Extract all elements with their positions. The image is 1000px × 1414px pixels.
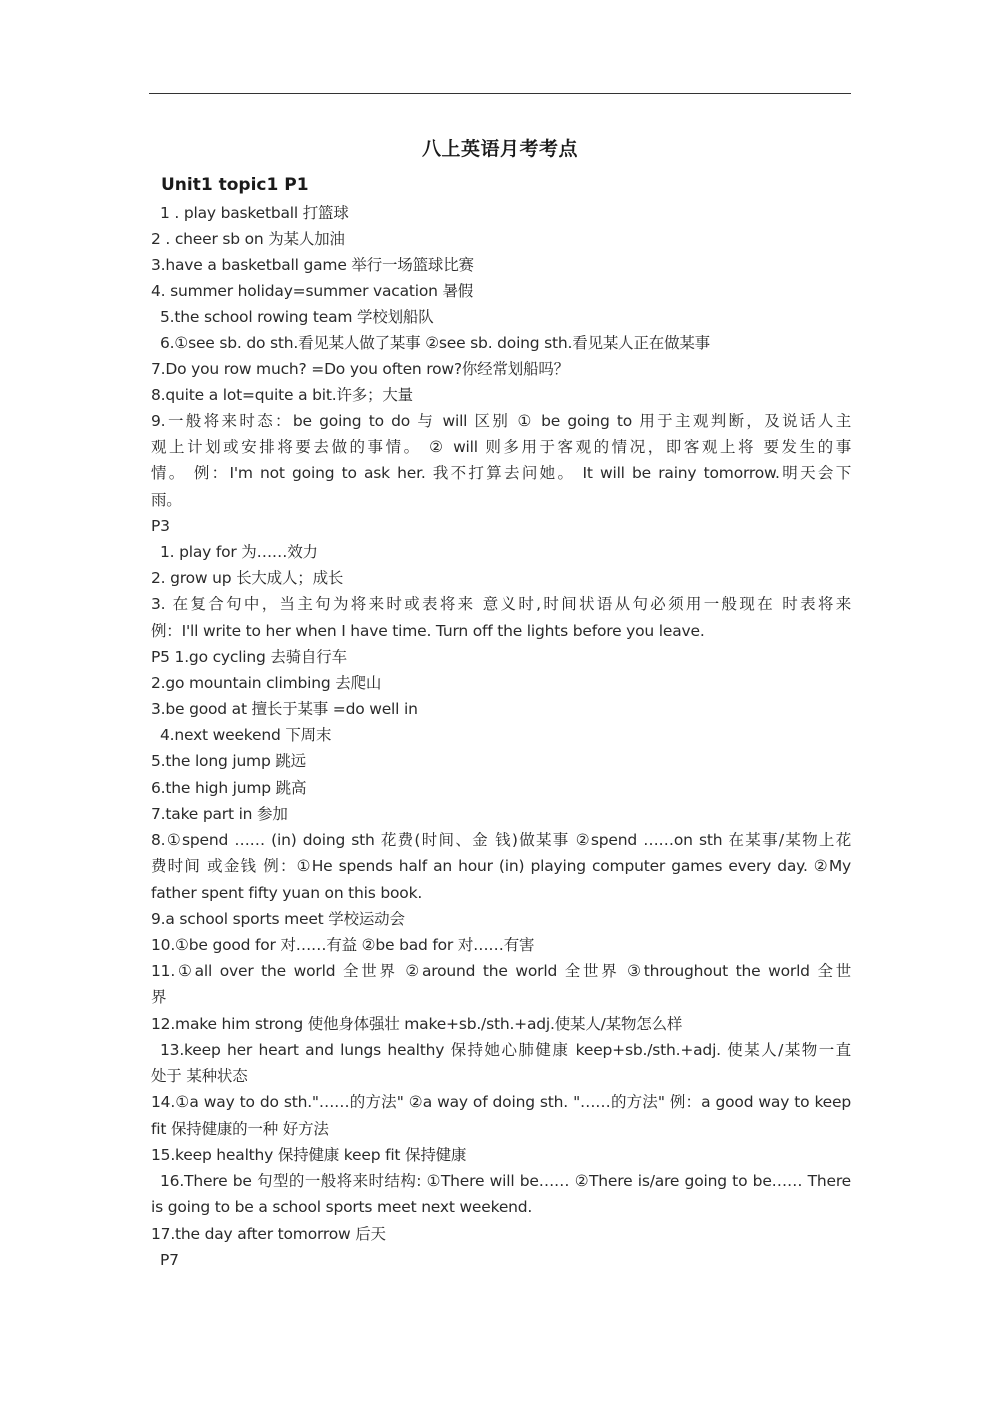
text-line: 8.quite a lot=quite a bit.许多；大量	[151, 382, 851, 408]
text-line: is going to be a school sports meet next…	[151, 1194, 851, 1220]
text-line: 9.一般将来时态：be going to do 与 will 区别 ① be g…	[151, 408, 851, 434]
text-line: 界	[151, 984, 851, 1010]
text-line: 观上计划或安排将要去做的事情。 ② will 则多用于客观的情况，即客观上将 要…	[151, 434, 851, 460]
text-line: P7	[160, 1247, 860, 1273]
text-line: 2.go mountain climbing 去爬山	[151, 670, 851, 696]
text-line: 1. play for 为……效力	[160, 539, 860, 565]
text-line: father spent fifty yuan on this book.	[151, 880, 851, 906]
text-line: 处于 某种状态	[151, 1063, 851, 1089]
text-line: 5.the long jump 跳远	[151, 748, 851, 774]
text-line: fit 保持健康的一种 好方法	[151, 1116, 851, 1142]
text-line: P3	[151, 513, 851, 539]
text-line: 7.take part in 参加	[151, 801, 851, 827]
text-line: 6.①see sb. do sth.看见某人做了某事 ②see sb. doin…	[160, 330, 860, 356]
text-line: 10.①be good for 对……有益 ②be bad for 对……有害	[151, 932, 851, 958]
text-line: 5.the school rowing team 学校划船队	[160, 304, 860, 330]
text-line: 9.a school sports meet 学校运动会	[151, 906, 851, 932]
text-line: 11.①all over the world 全世界 ②around the w…	[151, 958, 851, 984]
text-line: 1 . play basketball 打篮球	[160, 200, 860, 226]
text-line: 4.next weekend 下周末	[160, 722, 860, 748]
text-line: 2. grow up 长大成人；成长	[151, 565, 851, 591]
text-line: 2 . cheer sb on 为某人加油	[151, 226, 851, 252]
text-line: 3.be good at 擅长于某事 =do well in	[151, 696, 851, 722]
text-line: 情。 例：I'm not going to ask her. 我不打算去问她。 …	[151, 460, 851, 486]
text-line: 4. summer holiday=summer vacation 暑假	[151, 278, 851, 304]
text-line: 12.make him strong 使他身体强壮 make+sb./sth.+…	[151, 1011, 851, 1037]
header-rule	[149, 93, 851, 94]
text-line: 7.Do you row much? =Do you often row?你经常…	[151, 356, 851, 382]
text-line: 例：I'll write to her when I have time. Tu…	[151, 618, 851, 644]
document-title: 八上英语月考考点	[0, 134, 1000, 161]
text-line: P5 1.go cycling 去骑自行车	[151, 644, 851, 670]
text-line: 17.the day after tomorrow 后天	[151, 1221, 851, 1247]
text-line: 16.There be 句型的一般将来时结构: ①There will be………	[160, 1168, 851, 1194]
text-line: 3.have a basketball game 举行一场篮球比赛	[151, 252, 851, 278]
text-line: 13.keep her heart and lungs healthy 保持她心…	[160, 1037, 851, 1063]
text-line: 14.①a way to do sth."……的方法" ②a way of do…	[151, 1089, 851, 1115]
text-line: 费时间 或金钱 例：①He spends half an hour (in) p…	[151, 853, 851, 879]
text-line: 3. 在复合句中，当主句为将来时或表将来 意义时,时间状语从句必须用一般现在 时…	[151, 591, 851, 617]
text-line: 15.keep healthy 保持健康 keep fit 保持健康	[151, 1142, 851, 1168]
section-heading: Unit1 topic1 P1	[161, 175, 309, 195]
text-line: 8.①spend …… (in) doing sth 花费(时间、金 钱)做某事…	[151, 827, 851, 853]
text-line: 6.the high jump 跳高	[151, 775, 851, 801]
text-line: 雨。	[151, 487, 851, 513]
